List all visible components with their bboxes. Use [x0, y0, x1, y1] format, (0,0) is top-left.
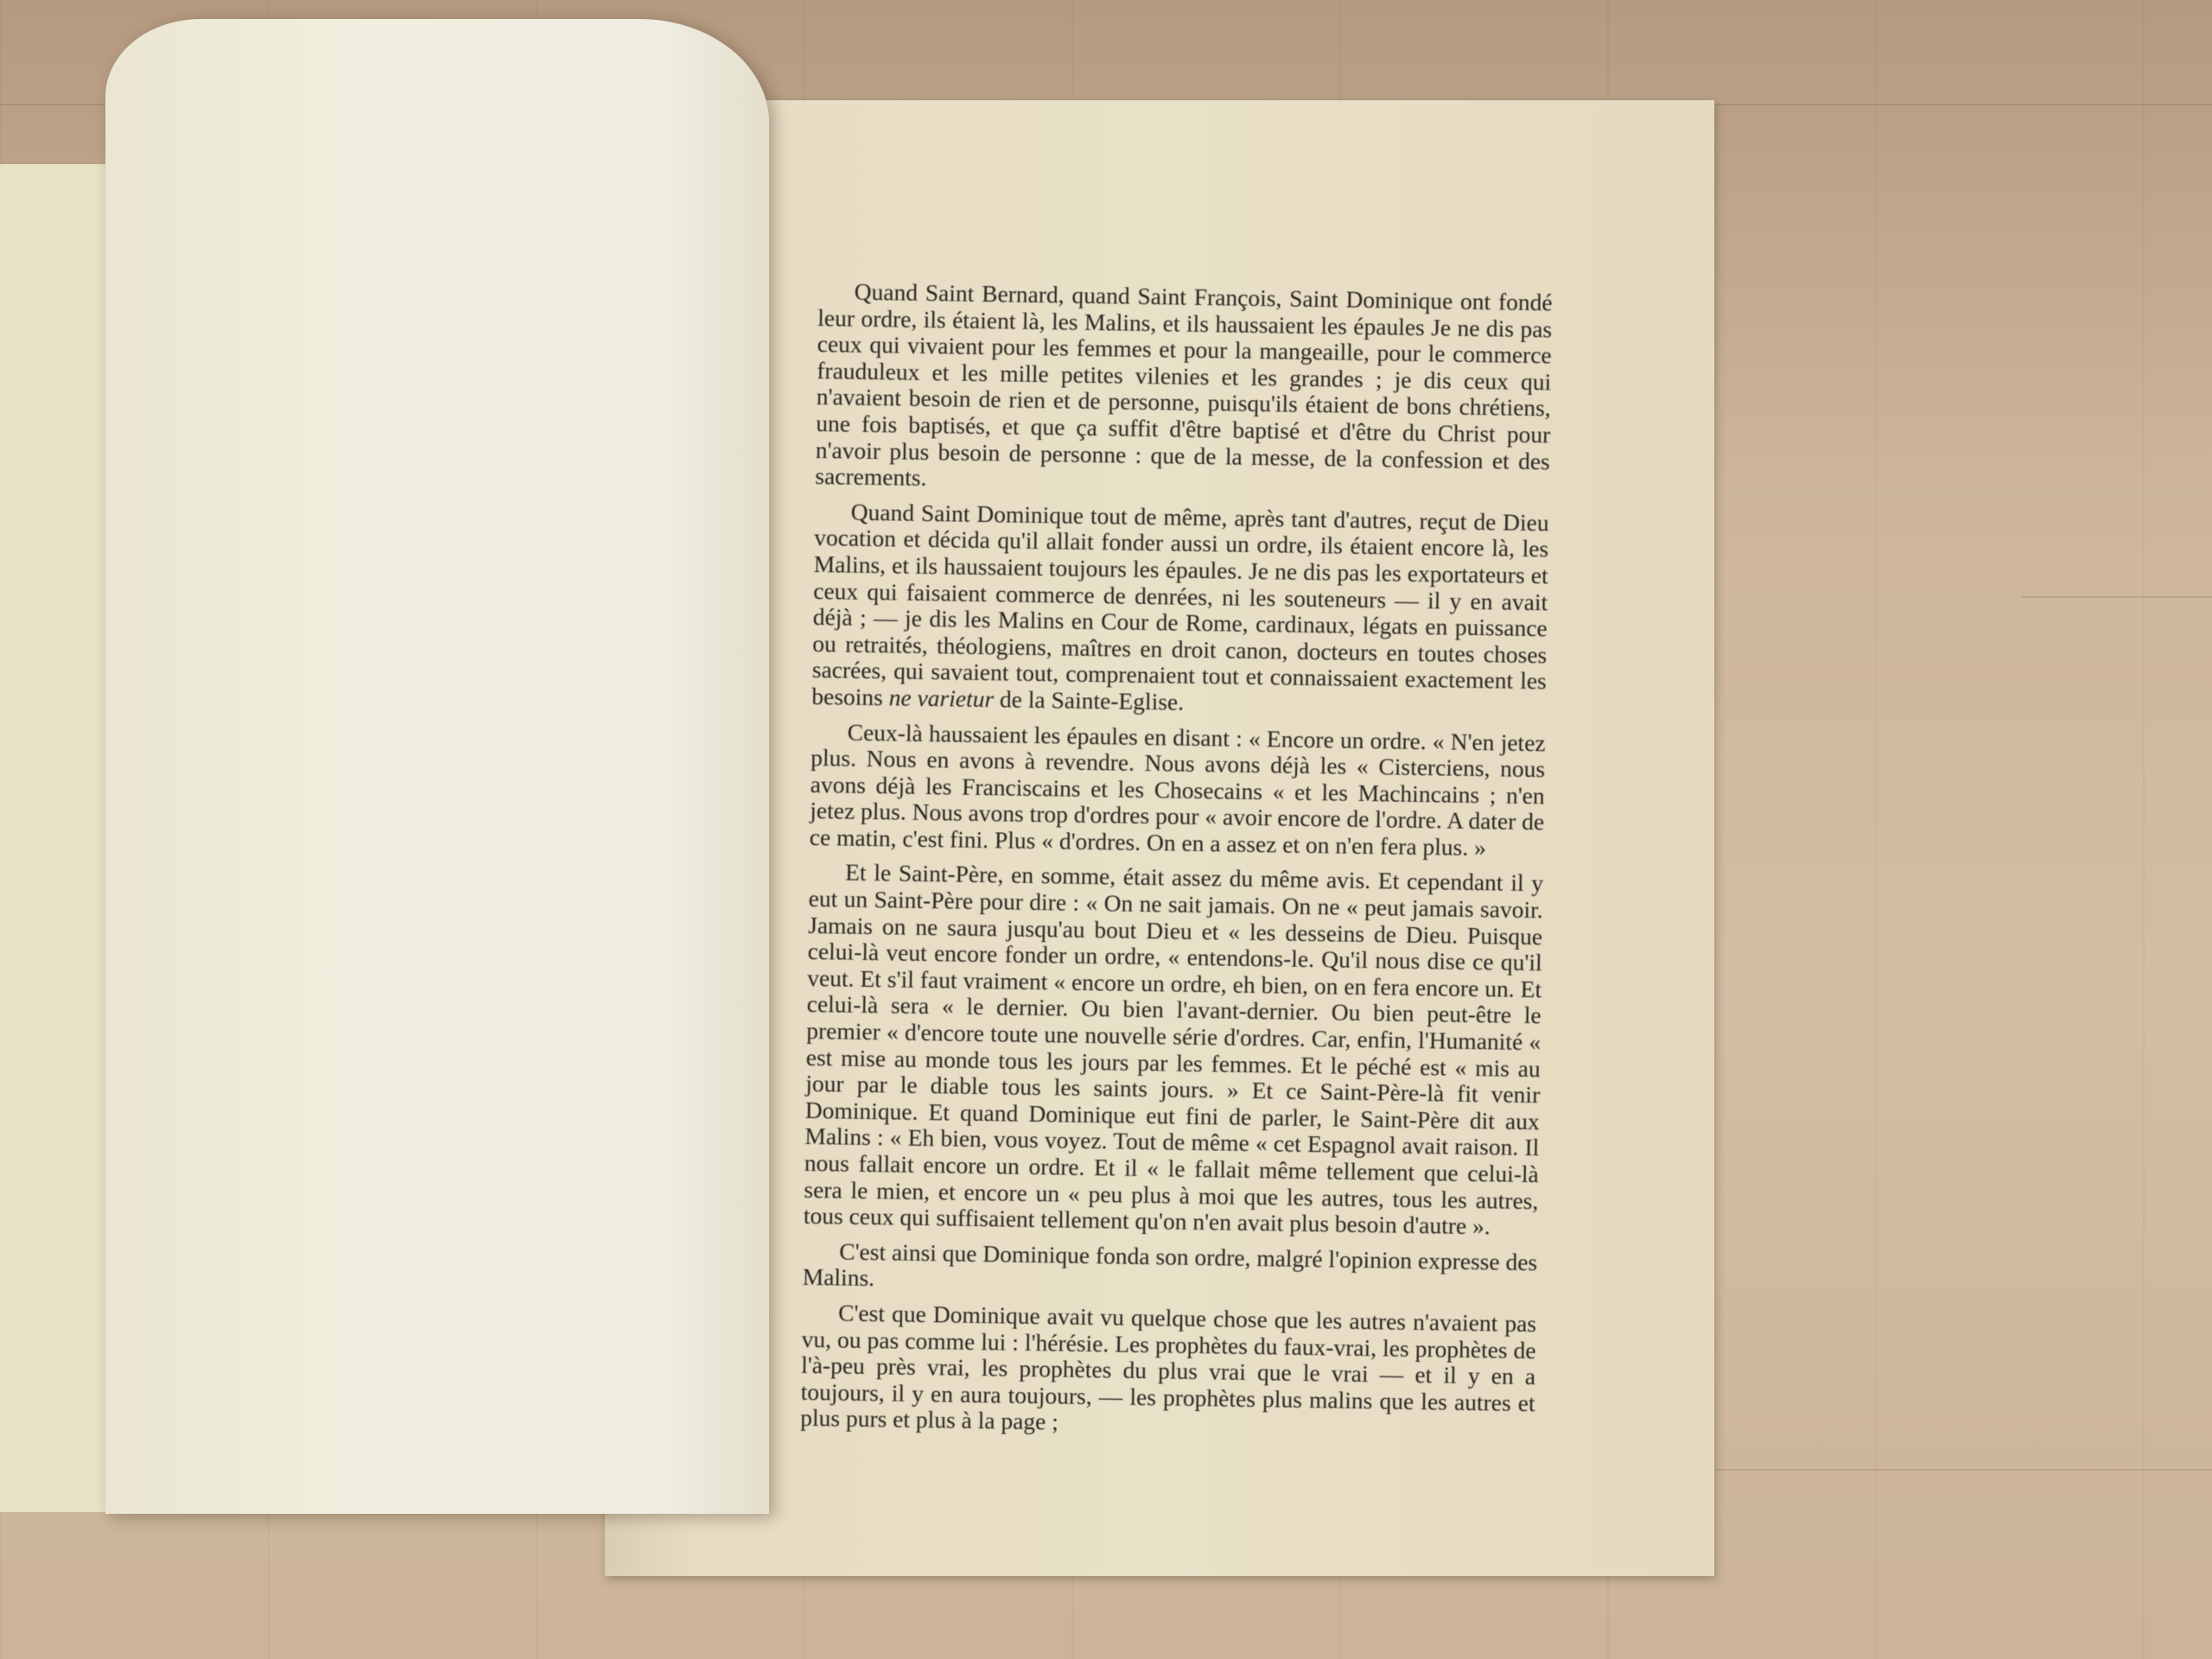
- paragraph-2-tail: de la Sainte-Eglise.: [994, 685, 1184, 715]
- paragraph-4: Et le Saint-Père, en somme, était assez …: [804, 859, 1544, 1241]
- page-text-block: Quand Saint Bernard, quand Saint Françoi…: [800, 278, 1553, 1452]
- paragraph-5: C'est ainsi que Dominique fonda son ordr…: [803, 1238, 1538, 1303]
- paragraph-2: Quand Saint Dominique tout de même, aprè…: [811, 499, 1549, 721]
- table-plank-seam: [2022, 596, 2212, 598]
- paragraph-1: Quand Saint Bernard, quand Saint Françoi…: [815, 278, 1553, 501]
- paragraph-3: Ceux-là haussaient les épaules en disant…: [810, 718, 1546, 861]
- italic-phrase: ne varietur: [889, 683, 995, 712]
- underlying-page-stack: [0, 164, 122, 1512]
- paragraph-2-body: Quand Saint Dominique tout de même, aprè…: [811, 498, 1549, 710]
- paragraph-6: C'est que Dominique avait vu quelque cho…: [800, 1300, 1536, 1443]
- left-page-curled[interactable]: [105, 19, 769, 1514]
